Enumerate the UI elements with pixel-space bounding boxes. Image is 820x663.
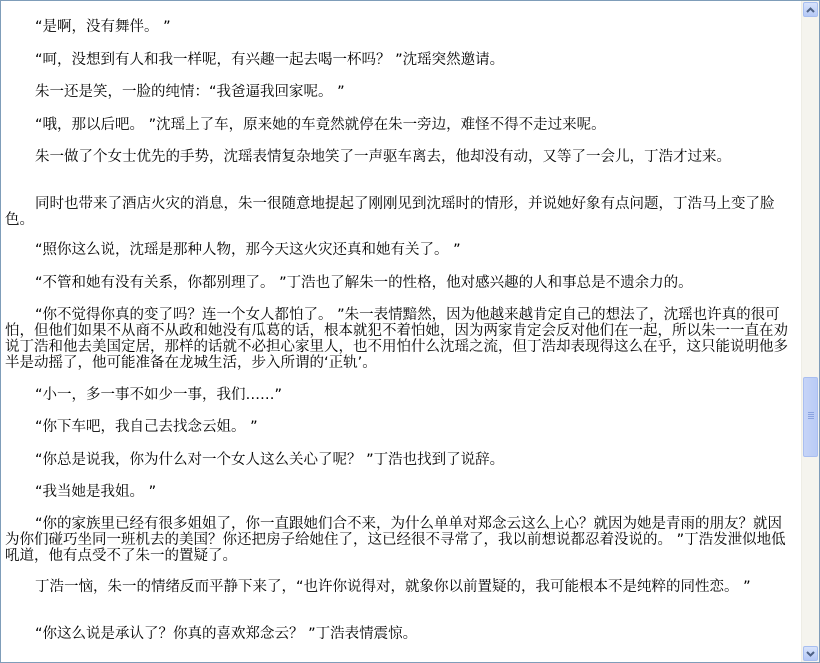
paragraph: “照你这么说，沈瑶是那种人物，那今天这火灾还真和她有关了。 ” [5,242,789,258]
paragraph: “小一，多一事不如少一事，我们……” [5,387,789,403]
paragraph: “你下车吧，我自己去找念云姐。 ” [5,419,789,435]
chevron-up-icon [806,7,815,13]
scroll-up-button[interactable] [803,2,818,17]
chevron-down-icon [806,651,815,657]
document-content: “是啊，没有舞伴。 ” “呵，没想到有人和我一样呢，有兴趣一起去喝一杯吗？ ”沈… [1,1,794,662]
paragraph: “呵，没想到有人和我一样呢，有兴趣一起去喝一杯吗？ ”沈瑶突然邀请。 [5,52,789,68]
paragraph: “我当她是我姐。 ” [5,484,789,500]
paragraph: 朱一做了个女士优先的手势，沈瑶表情复杂地笑了一声驱车离去，他却没有动，又等了一会… [5,149,789,165]
paragraph: 丁浩一恼，朱一的情绪反而平静下来了，“也许你说得对，就象你以前置疑的，我可能根本… [5,579,789,595]
paragraph: “你不觉得你真的变了吗？连一个女人都怕了。 ”朱一表情黯然，因为他越来越肯定自己… [5,307,789,371]
paragraph: “你的家族里已经有很多姐姐了，你一直跟她们合不来，为什么单单对郑念云这么上心？就… [5,516,789,564]
paragraph: 朱一还是笑，一脸的纯情：“我爸逼我回家呢。 ” [5,84,789,100]
paragraph: “你总是说我，你为什么对一个女人这么关心了呢？ ”丁浩也找到了说辞。 [5,452,789,468]
paragraph: “是啊，没有舞伴。 ” [5,19,789,35]
paragraph: “哦，那以后吧。 ”沈瑶上了车，原来她的车竟然就停在朱一旁边，难怪不得不走过来呢… [5,117,789,133]
scrollbar-thumb[interactable] [803,377,818,457]
scroll-down-button[interactable] [803,646,818,661]
paragraph: 同时也带来了酒店火灾的消息，朱一很随意地提起了刚刚见到沈瑶时的情形，并说她好象有… [5,196,789,228]
paragraph: “不管和她有没有关系，你都别理了。 ”丁浩也了解朱一的性格，他对感兴趣的人和事总… [5,275,789,291]
document-window: “是啊，没有舞伴。 ” “呵，没想到有人和我一样呢，有兴趣一起去喝一杯吗？ ”沈… [0,0,820,663]
grip-icon [808,412,814,420]
vertical-scrollbar[interactable] [801,1,819,662]
paragraph: “你这么说是承认了？你真的喜欢郑念云？ ”丁浩表情震惊。 [5,626,789,642]
